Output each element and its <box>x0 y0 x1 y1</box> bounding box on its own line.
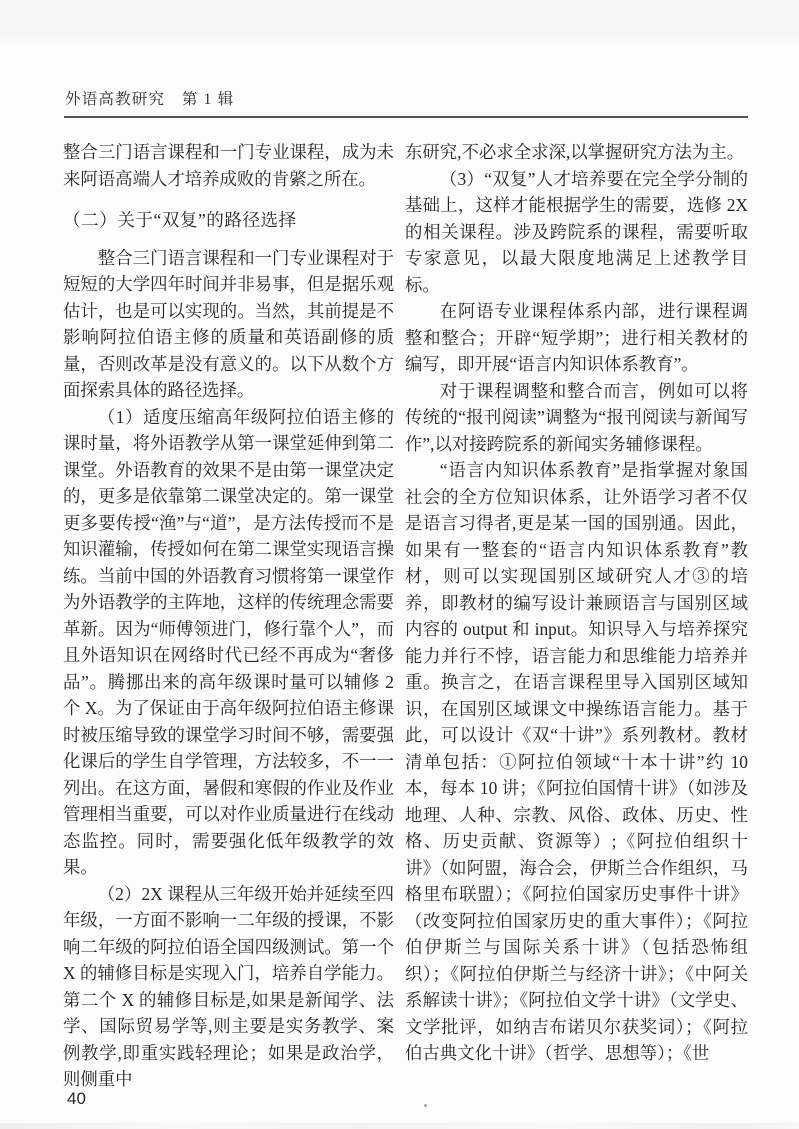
paragraph-continuation: 东研究,不必求全求深,以掌握研究方法为主。 <box>405 139 748 166</box>
scanned-book-page: 外语高教研究 第 1 辑 整合三门语言课程和一门专业课程，成为未来阿语高端人才培… <box>0 0 799 1129</box>
right-column: 东研究,不必求全求深,以掌握研究方法为主。 （3）“双复”人才培养要在完全学分制… <box>405 139 748 1067</box>
paragraph: （3）“双复”人才培养要在完全学分制的基础上，这样才能根据学生的需要，选修 2X… <box>405 166 748 299</box>
paragraph: “语言内知识体系教育”是指掌握对象国社会的全方位知识体系，让外语学习者不仅是语言… <box>405 457 748 1067</box>
left-column: 整合三门语言课程和一门专业课程，成为未来阿语高端人才培养成败的肯綮之所在。 （二… <box>63 139 394 1093</box>
paragraph: 整合三门语言课程和一门专业课程对于短短的大学四年时间并非易事，但是据乐观估计，也… <box>63 245 394 404</box>
paragraph-continuation: 整合三门语言课程和一门专业课程，成为未来阿语高端人才培养成败的肯綮之所在。 <box>63 139 394 192</box>
paragraph: （2）2X 课程从三年级开始并延续至四年级，一方面不影响一二年级的授课，不影响二… <box>63 881 394 1093</box>
scan-artifact-dot <box>424 1104 427 1107</box>
page-number: 40 <box>67 1089 86 1109</box>
scan-artifact-bottom <box>0 1123 799 1129</box>
paragraph: （1）适度压缩高年级阿拉伯语主修的课时量，将外语教学从第一课堂延伸到第二课堂。外… <box>63 404 394 881</box>
scan-artifact-top <box>0 0 799 48</box>
running-header: 外语高教研究 第 1 辑 <box>65 87 234 109</box>
paragraph: 对于课程调整和整合而言，例如可以将传统的“报刊阅读”调整为“报刊阅读与新闻写作”… <box>405 378 748 458</box>
paragraph: 在阿语专业课程体系内部，进行课程调整和整合；开辟“短学期”；进行相关教材的编写，… <box>405 298 748 378</box>
section-heading: （二）关于“双复”的路径选择 <box>63 207 394 234</box>
running-header-title: 外语高教研究 第 1 辑 <box>65 91 234 108</box>
header-rule <box>64 116 748 118</box>
